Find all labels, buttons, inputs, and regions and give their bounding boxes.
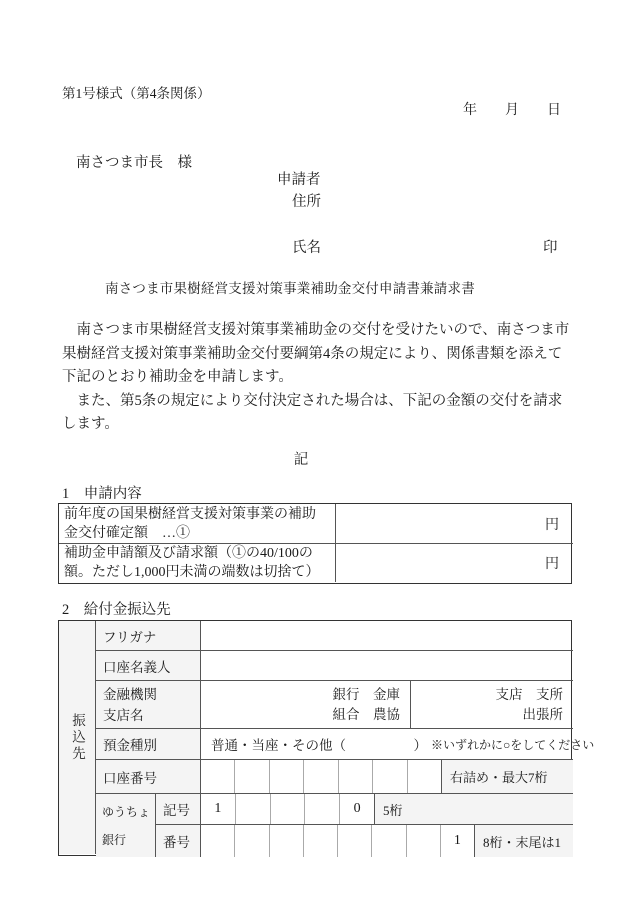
branch-type-input-cell[interactable]: 支店 支所 出張所 xyxy=(411,681,573,729)
account-holder-label: 口座名義人 xyxy=(96,651,201,681)
body-line: 南さつま市果樹経営支援対策事業補助金の交付を受けたいので、南さつま市 xyxy=(62,319,570,343)
yen-unit: 円 xyxy=(545,514,559,534)
deposit-type-label: 預金種別 xyxy=(96,729,201,760)
account-number-note: 右詰め・最大7桁 xyxy=(441,760,573,794)
kigo-digit-boxes: 1 0 xyxy=(201,794,374,825)
table1-row1-label: 前年度の国果樹経営支援対策事業の補助 金交付確定額 …① xyxy=(59,504,336,544)
kigo-digit-cell[interactable]: 0 xyxy=(340,794,374,824)
section2-heading: 2 給付金振込先 xyxy=(62,598,171,619)
applicant-label: 申請者 xyxy=(277,168,321,189)
section1-heading: 1 申請内容 xyxy=(62,482,142,503)
bango-label: 番号 xyxy=(156,825,201,857)
bank-type-input-cell[interactable]: 銀行 金庫 組合 農協 xyxy=(201,681,411,729)
kigo-note: 5桁 xyxy=(374,794,573,825)
bango-digit-cell[interactable] xyxy=(201,825,235,857)
account-digit-cell[interactable] xyxy=(201,760,235,793)
document-page: 第1号様式（第4条関係） 年 月 日 南さつま市長 様 申請者 住所 氏名 印 … xyxy=(0,0,630,903)
date-line: 年 月 日 xyxy=(463,99,561,119)
bango-digit-cell[interactable]: 1 xyxy=(441,825,474,857)
application-table: 前年度の国果樹経営支援対策事業の補助 金交付確定額 …① 円 補助金申請額及び請… xyxy=(58,503,572,584)
table1-row1-amount-field[interactable]: 円 xyxy=(336,504,573,544)
furigana-input-cell[interactable] xyxy=(201,621,573,651)
furigana-label: フリガナ xyxy=(96,621,201,651)
deposit-options: 普通・当座・その他（ ） xyxy=(211,734,427,754)
account-digit-cell[interactable] xyxy=(408,760,441,793)
yucho-bank-label: ゆうちょ 銀行 xyxy=(96,794,156,857)
account-digit-cell[interactable] xyxy=(235,760,269,793)
account-number-digit-boxes xyxy=(201,760,441,794)
note-mark: 記 xyxy=(62,448,540,469)
kigo-digit-cell[interactable]: 1 xyxy=(201,794,236,824)
document-title: 南さつま市果樹経営支援対策事業補助金交付申請書兼請求書 xyxy=(105,277,475,297)
account-digit-cell[interactable] xyxy=(339,760,373,793)
address-label: 住所 xyxy=(292,190,321,211)
bango-note: 8桁・末尾は1 xyxy=(474,825,573,857)
body-line: また、第5条の規定により交付決定された場合は、下記の金額の交付を請求 xyxy=(62,390,570,414)
seal-label: 印 xyxy=(543,236,558,257)
bango-digit-cell[interactable] xyxy=(372,825,406,857)
account-holder-input-cell[interactable] xyxy=(201,651,573,681)
bango-digit-cell[interactable] xyxy=(235,825,269,857)
side-label-cell: 振込先 xyxy=(59,621,96,854)
bango-digit-boxes: 1 xyxy=(201,825,474,857)
name-label: 氏名 xyxy=(292,236,321,257)
table1-row2-amount-field[interactable]: 円 xyxy=(336,544,573,582)
deposit-type-input-cell[interactable]: 普通・当座・その他（ ） ※いずれかに○をしてください xyxy=(201,729,573,760)
bango-digit-cell[interactable] xyxy=(304,825,338,857)
addressee: 南さつま市長 様 xyxy=(76,151,192,172)
table1-row2-label: 補助金申請額及び請求額（①の40/100の 額。ただし1,000円未満の端数は切… xyxy=(59,544,336,582)
bank-label: 金融機関 支店名 xyxy=(96,681,201,729)
side-label: 振込先 xyxy=(67,713,87,763)
bango-digit-cell[interactable] xyxy=(407,825,441,857)
deposit-note: ※いずれかに○をしてください xyxy=(431,736,594,753)
body-line: 下記のとおり補助金を申請します。 xyxy=(62,366,570,390)
account-digit-cell[interactable] xyxy=(270,760,304,793)
kigo-digit-cell[interactable] xyxy=(271,794,306,824)
yen-unit: 円 xyxy=(545,553,559,573)
account-digit-cell[interactable] xyxy=(373,760,407,793)
bank-transfer-table: 振込先 フリガナ 口座名義人 金融機関 支店名 銀行 金庫 組合 農協 支店 支… xyxy=(58,620,572,856)
form-number: 第1号様式（第4条関係） xyxy=(62,82,211,102)
body-line: します。 xyxy=(62,413,570,437)
body-paragraphs: 南さつま市果樹経営支援対策事業補助金の交付を受けたいので、南さつま市 果樹経営支… xyxy=(62,319,570,437)
bango-digit-cell[interactable] xyxy=(270,825,304,857)
account-number-label: 口座番号 xyxy=(96,760,201,794)
body-line: 果樹経営支援対策事業補助金交付要綱第4条の規定により、関係書類を添えて xyxy=(62,343,570,367)
account-digit-cell[interactable] xyxy=(304,760,338,793)
kigo-label: 記号 xyxy=(156,794,201,825)
bango-digit-cell[interactable] xyxy=(338,825,372,857)
kigo-digit-cell[interactable] xyxy=(305,794,340,824)
kigo-digit-cell[interactable] xyxy=(236,794,271,824)
